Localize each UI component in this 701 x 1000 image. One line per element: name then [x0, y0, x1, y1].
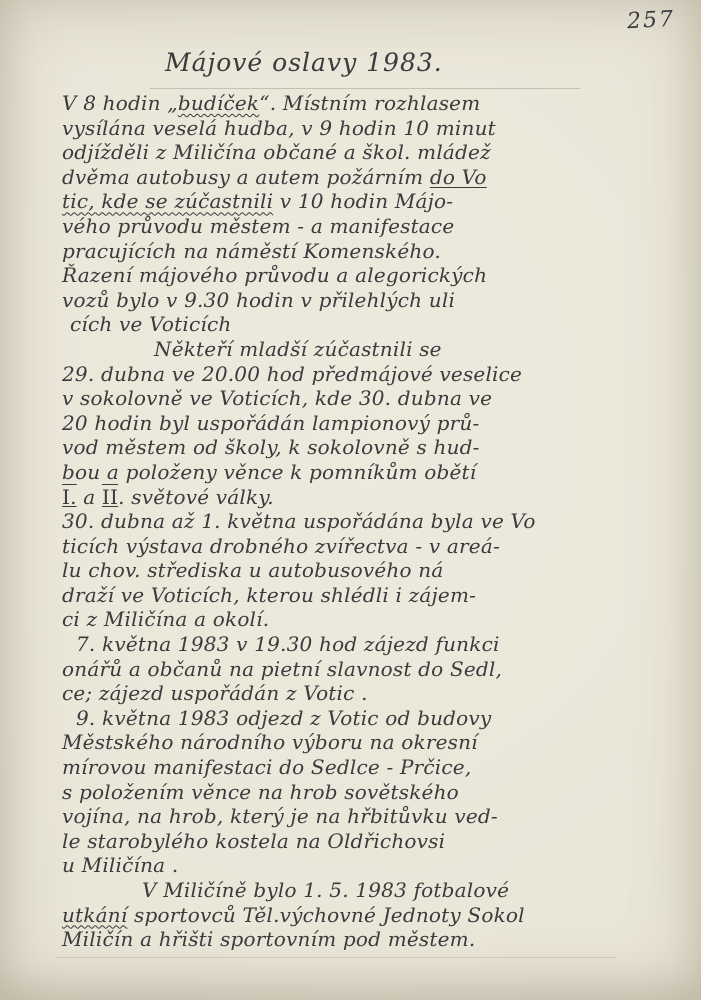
text-segment: le starobylého kostela na Oldřichovsi: [62, 829, 445, 853]
text-segment: 9. května 1983 odjezd z Votic od budovy: [76, 706, 491, 730]
text-segment: vojína, na hrob, který je na hřbitůvku v…: [62, 804, 498, 828]
text-line: odjížděli z Miličína občané a škol. mlád…: [62, 140, 662, 165]
text-segment: vod městem od školy, k sokolovně s hud-: [62, 435, 480, 459]
text-segment: 7. května 1983 v 19.30 hod zájezd funkci: [76, 632, 500, 656]
text-segment: ticích výstava drobného zvířectva - v ar…: [62, 534, 500, 558]
text-line: vého průvodu městem - a manifestace: [62, 214, 662, 239]
text-line: V Miličíně bylo 1. 5. 1983 fotbalové: [62, 878, 662, 903]
text-line: Někteří mladší zúčastnili se: [62, 337, 662, 362]
text-segment: Řazení májového průvodu a alegorických: [62, 263, 487, 287]
text-segment: Miličín a hřišti sportovním pod městem.: [62, 927, 475, 951]
text-segment: cích ve Voticích: [70, 312, 232, 336]
text-line: vysílána veselá hudba, v 9 hodin 10 minu…: [62, 116, 662, 141]
text-line: I. a II. světové války.: [62, 485, 662, 510]
text-line: 20 hodin byl uspořádán lampionový prů-: [62, 411, 662, 436]
text-line: lu chov. střediska u autobusového ná: [62, 558, 662, 583]
text-line: tic, kde se zúčastnili v 10 hodin Májo-: [62, 189, 662, 214]
text-line: le starobylého kostela na Oldřichovsi: [62, 829, 662, 854]
text-segment: s položením věnce na hrob sovětského: [62, 780, 459, 804]
text-line: mírovou manifestaci do Sedlce - Prčice,: [62, 755, 662, 780]
text-line: 9. května 1983 odjezd z Votic od budovy: [62, 706, 662, 731]
text-segment: bou a položeny věnce k pomníkům obětí: [62, 460, 476, 484]
text-segment: vysílána veselá hudba, v 9 hodin 10 minu…: [62, 116, 496, 140]
text-line: ci z Miličína a okolí.: [62, 607, 662, 632]
text-segment: v 10 hodin Májo-: [273, 189, 453, 213]
text-line: ce; zájezd uspořádán z Votic .: [62, 681, 662, 706]
text-segment: 20 hodin byl uspořádán lampionový prů-: [62, 411, 479, 435]
text-line: v sokolovně ve Voticích, kde 30. dubna v…: [62, 386, 662, 411]
text-segment: ci z Miličína a okolí.: [62, 607, 269, 631]
text-segment: 29. dubna ve 20.00 hod předmájové veseli…: [62, 362, 522, 386]
text-segment: Někteří mladší zúčastnili se: [154, 337, 442, 361]
chronicle-page: 257 Májové oslavy 1983. V 8 hodin „budíč…: [0, 0, 701, 1000]
text-line: vod městem od školy, k sokolovně s hud-: [62, 435, 662, 460]
text-segment: “. Místním rozhlasem: [259, 91, 480, 115]
text-segment: v sokolovně ve Voticích, kde 30. dubna v…: [62, 386, 492, 410]
text-segment: draží ve Voticích, kterou shlédli i záje…: [62, 583, 476, 607]
ruled-guideline-top: [150, 88, 580, 89]
document-lines: V 8 hodin „budíček“. Místním rozhlasemvy…: [62, 91, 662, 952]
text-line: utkání sportovců Těl.výchovné Jednoty So…: [62, 903, 662, 928]
text-line: 7. května 1983 v 19.30 hod zájezd funkci: [62, 632, 662, 657]
text-segment-roman: II: [102, 485, 118, 509]
text-segment: odjížděli z Miličína občané a škol. mlád…: [62, 140, 491, 164]
text-line: V 8 hodin „budíček“. Místním rozhlasem: [62, 91, 662, 116]
text-line: s položením věnce na hrob sovětského: [62, 780, 662, 805]
text-line: onářů a občanů na pietní slavnost do Sed…: [62, 657, 662, 682]
text-segment: ce; zájezd uspořádán z Votic .: [62, 681, 368, 705]
text-segment-wavy: tic, kde se zúčastnili: [62, 189, 273, 213]
text-segment: vozů bylo v 9.30 hodin v přilehlých uli: [62, 288, 455, 312]
text-segment: vého průvodu městem - a manifestace: [62, 214, 454, 238]
text-segment-wavy: budíček: [178, 91, 259, 115]
text-segment: a: [77, 485, 102, 509]
text-line: u Miličína .: [62, 853, 662, 878]
text-segment-wavy: utkání: [62, 903, 127, 927]
text-segment: dvěma autobusy a autem požárním: [62, 165, 430, 189]
text-segment: u Miličína .: [62, 853, 178, 877]
text-line: draží ve Voticích, kterou shlédli i záje…: [62, 583, 662, 608]
text-line: pracujících na náměstí Komenského.: [62, 239, 662, 264]
text-line: Miličín a hřišti sportovním pod městem.: [62, 927, 662, 952]
page-title: Májové oslavy 1983.: [165, 48, 443, 77]
text-segment: 30. dubna až 1. května uspořádána byla v…: [62, 509, 536, 533]
text-segment: mírovou manifestaci do Sedlce - Prčice,: [62, 755, 471, 779]
text-segment: lu chov. střediska u autobusového ná: [62, 558, 444, 582]
text-line: Řazení májového průvodu a alegorických: [62, 263, 662, 288]
text-segment: V 8 hodin „: [62, 91, 178, 115]
text-segment: . světové války.: [118, 485, 274, 509]
text-segment: sportovců Těl.výchovné Jednoty Sokol: [127, 903, 524, 927]
text-line: ticích výstava drobného zvířectva - v ar…: [62, 534, 662, 559]
text-line: Městského národního výboru na okresní: [62, 730, 662, 755]
text-segment: onářů a občanů na pietní slavnost do Sed…: [62, 657, 502, 681]
text-segment: Městského národního výboru na okresní: [62, 730, 478, 754]
text-segment: pracujících na náměstí Komenského.: [62, 239, 441, 263]
ruled-guideline-bottom: [55, 957, 615, 958]
text-line: vojína, na hrob, který je na hřbitůvku v…: [62, 804, 662, 829]
text-line: dvěma autobusy a autem požárním do Vo: [62, 165, 662, 190]
text-segment: V Miličíně bylo 1. 5. 1983 fotbalové: [142, 878, 509, 902]
text-segment-under: do Vo: [430, 165, 487, 189]
text-segment-roman: I.: [62, 485, 77, 509]
text-line: 30. dubna až 1. května uspořádána byla v…: [62, 509, 662, 534]
text-line: cích ve Voticích: [62, 312, 662, 337]
text-line: 29. dubna ve 20.00 hod předmájové veseli…: [62, 362, 662, 387]
page-number: 257: [626, 7, 675, 34]
text-line: vozů bylo v 9.30 hodin v přilehlých uli: [62, 288, 662, 313]
text-line: bou a položeny věnce k pomníkům obětí: [62, 460, 662, 485]
